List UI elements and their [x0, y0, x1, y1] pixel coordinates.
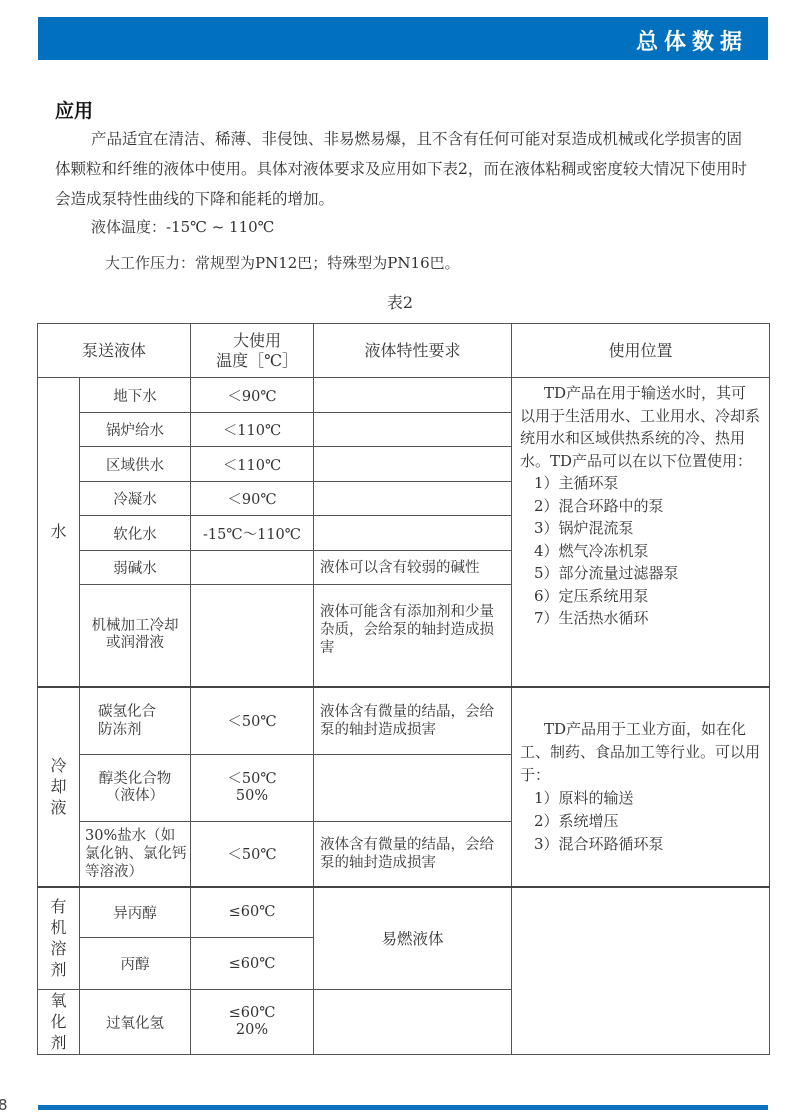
header-usage: 使用位置 — [512, 324, 770, 378]
fluid-table: 泵送液体 大使用 温度［℃］ 液体特性要求 使用位置 水 地下水 ＜90℃ TD… — [37, 323, 770, 1055]
header-title: 总体数据 — [636, 25, 748, 56]
fluid-req: 液体可以含有较弱的碱性 — [314, 551, 512, 585]
table-row: 冷却液 碳氢化合防冻剂 ＜50℃ 液体含有微量的结晶，会给泵的轴封造成损害 TD… — [38, 687, 770, 755]
fluid-temp: ＜110℃ — [191, 413, 314, 447]
usage-item: 1）原料的输送 — [520, 787, 761, 810]
fluid-name: 弱碱水 — [80, 551, 191, 585]
fluid-req: 液体可能含有添加剂和少量杂质，会给泵的轴封造成损害 — [314, 585, 512, 687]
footer-line — [38, 1105, 768, 1110]
fluid-req — [314, 413, 512, 447]
usage-coolant: TD产品用于工业方面，如在化工、制药、食品加工等行业。可以用于： 1）原料的输送… — [512, 687, 770, 887]
fluid-temp: ＜110℃ — [191, 447, 314, 482]
fluid-temp: ≤60℃ — [191, 938, 314, 990]
fluid-req — [314, 482, 512, 516]
fluid-name: 醇类化合物（液体） — [80, 755, 191, 822]
fluid-req-flammable: 易燃液体 — [314, 887, 512, 990]
fluid-name: 区域供水 — [80, 447, 191, 482]
fluid-name: 过氧化氢 — [80, 990, 191, 1055]
fluid-req — [314, 447, 512, 482]
usage-item: 4）燃气冷冻机泵 — [520, 540, 761, 563]
table-header-row: 泵送液体 大使用 温度［℃］ 液体特性要求 使用位置 — [38, 324, 770, 378]
group-organic-solvent: 有机溶剂 — [38, 887, 80, 990]
fluid-temp: ≤60℃ — [191, 887, 314, 938]
page-number: 8 — [0, 1096, 8, 1114]
fluid-temp — [191, 585, 314, 687]
section-title: 应用 — [55, 96, 93, 123]
fluid-temp: -15℃～110℃ — [191, 516, 314, 551]
fluid-req — [314, 378, 512, 413]
fluid-name: 地下水 — [80, 378, 191, 413]
usage-item: 1）主循环泵 — [520, 472, 761, 495]
liquid-temperature: 液体温度：-15℃ ~ 110℃ — [91, 216, 274, 237]
header-max-temp: 大使用 温度［℃］ — [191, 324, 314, 378]
intro-paragraph: 产品适宜在清洁、稀薄、非侵蚀、非易燃易爆，且不含有任何可能对泵造成机械或化学损害… — [55, 124, 755, 214]
fluid-name: 异丙醇 — [80, 887, 191, 938]
fluid-name: 丙醇 — [80, 938, 191, 990]
fluid-req: 液体含有微量的结晶，会给泵的轴封造成损害 — [314, 687, 512, 755]
header-requirements: 液体特性要求 — [314, 324, 512, 378]
fluid-temp: ＜50℃ — [191, 822, 314, 887]
fluid-name: 碳氢化合防冻剂 — [80, 687, 191, 755]
usage-empty — [512, 887, 770, 1055]
usage-intro: TD产品用于工业方面，如在化工、制药、食品加工等行业。可以用于： — [520, 718, 761, 787]
usage-intro: TD产品在用于输送水时，其可以用于生活用水、工业用水、冷却系统用水和区域供热系统… — [520, 382, 761, 472]
fluid-temp — [191, 551, 314, 585]
table-caption: 表2 — [0, 290, 800, 313]
usage-item: 3）混合环路循环泵 — [520, 833, 761, 856]
fluid-temp: ＜50℃ — [191, 687, 314, 755]
fluid-req — [314, 990, 512, 1055]
fluid-temp: ＜90℃ — [191, 482, 314, 516]
fluid-name: 锅炉给水 — [80, 413, 191, 447]
fluid-temp: ＜90℃ — [191, 378, 314, 413]
table-row: 水 地下水 ＜90℃ TD产品在用于输送水时，其可以用于生活用水、工业用水、冷却… — [38, 378, 770, 413]
usage-item: 7）生活热水循环 — [520, 607, 761, 630]
usage-water: TD产品在用于输送水时，其可以用于生活用水、工业用水、冷却系统用水和区域供热系统… — [512, 378, 770, 687]
usage-item: 5）部分流量过滤器泵 — [520, 562, 761, 585]
max-pressure: 大工作压力：常规型为PN12巴；特殊型为PN16巴。 — [105, 252, 460, 273]
group-oxidizer: 氧化剂 — [38, 990, 80, 1055]
header-bar: 总体数据 — [38, 17, 768, 60]
fluid-req: 液体含有微量的结晶，会给泵的轴封造成损害 — [314, 822, 512, 887]
fluid-req — [314, 516, 512, 551]
fluid-name: 软化水 — [80, 516, 191, 551]
fluid-name: 30%盐水（如氯化钠、氯化钙等溶液） — [80, 822, 191, 887]
fluid-req — [314, 755, 512, 822]
usage-item: 6）定压系统用泵 — [520, 585, 761, 608]
usage-item: 3）锅炉混流泵 — [520, 517, 761, 540]
fluid-name: 冷凝水 — [80, 482, 191, 516]
group-water: 水 — [38, 378, 80, 687]
fluid-temp: ＜50℃ 50% — [191, 755, 314, 822]
usage-item: 2）系统增压 — [520, 810, 761, 833]
table-row: 有机溶剂 异丙醇 ≤60℃ 易燃液体 — [38, 887, 770, 938]
usage-item: 2）混合环路中的泵 — [520, 495, 761, 518]
fluid-temp: ≤60℃ 20% — [191, 990, 314, 1055]
header-fluid: 泵送液体 — [38, 324, 191, 378]
group-coolant: 冷却液 — [38, 687, 80, 887]
fluid-name: 机械加工冷却或润滑液 — [80, 585, 191, 687]
